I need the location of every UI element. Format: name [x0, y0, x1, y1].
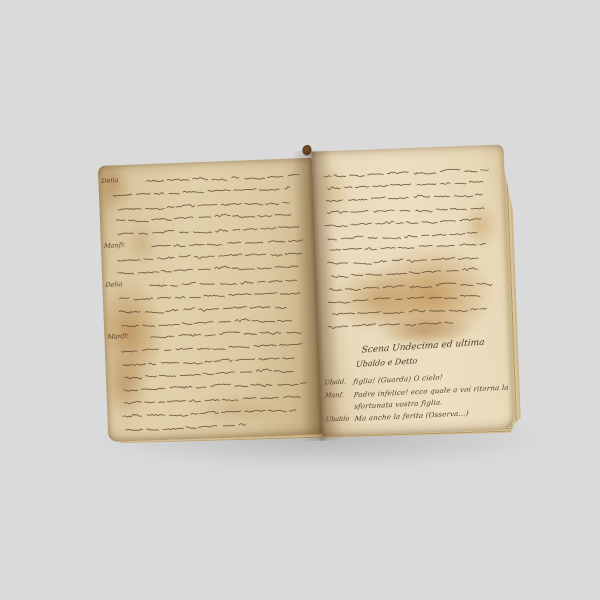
speaker-name: Manfr. [104, 241, 126, 250]
speaker-name: Manfr. [107, 332, 129, 341]
speaker-name: Delia [105, 280, 123, 289]
speaker-name: Manf. [324, 390, 351, 399]
open-manuscript-book: DeliaManfr.DeliaManfr. Scena Undecima ed… [96, 143, 525, 449]
speaker-name: Ubald. [324, 377, 351, 386]
speaker-name: Delia [101, 176, 119, 185]
handwriting-lines-left [98, 158, 322, 442]
manuscript-right-page: Scena Undecima ed ultima Ubaldo e Detto … [311, 144, 514, 436]
speaker-name [325, 408, 351, 409]
speaker-name: Ubaldo [325, 414, 352, 423]
photo-background: DeliaManfr.DeliaManfr. Scena Undecima ed… [0, 0, 600, 600]
binding-thread-knot [302, 145, 311, 155]
manuscript-left-page: DeliaManfr.DeliaManfr. [98, 158, 322, 442]
